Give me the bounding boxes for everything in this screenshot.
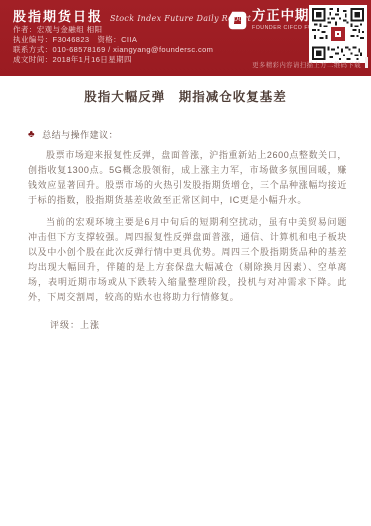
report-title-cn: 股指期货日报 (13, 6, 103, 25)
report-content: ♣ 总结与操作建议： 股票市场迎来报复性反弹，盘面普涨，沪指重新站上2600点整… (28, 128, 347, 331)
report-page: 股指期货日报 Stock Index Future Daily Report 作… (0, 0, 371, 526)
date-line: 成文时间：2018年1月16日星期四 (13, 54, 132, 65)
paragraph-2: 当前的宏观环境主要是6月中旬后的短期利空扰动，虽有中美贸易问题冲击但下方支撑较强… (28, 215, 347, 305)
rating-line: 评级：上涨 (50, 318, 347, 331)
report-title-row: 股指期货日报 Stock Index Future Daily Report (13, 6, 251, 25)
club-bullet-icon: ♣ (28, 130, 35, 140)
qr-code (309, 5, 367, 63)
founder-logo-icon (227, 10, 248, 31)
section-heading: ♣ 总结与操作建议： (28, 128, 347, 141)
caption-end-bar (365, 57, 368, 68)
section-title: 总结与操作建议： (42, 128, 118, 141)
report-headline: 股指大幅反弹 期指减仓收复基差 (0, 87, 371, 105)
masthead-banner: 股指期货日报 Stock Index Future Daily Report 作… (0, 0, 371, 76)
paragraph-1: 股票市场迎来报复性反弹，盘面普涨，沪指重新站上2600点整数关口，创指收复130… (28, 148, 347, 208)
qr-caption: 更多精彩内容请扫描上方二维码下载 (252, 60, 361, 69)
